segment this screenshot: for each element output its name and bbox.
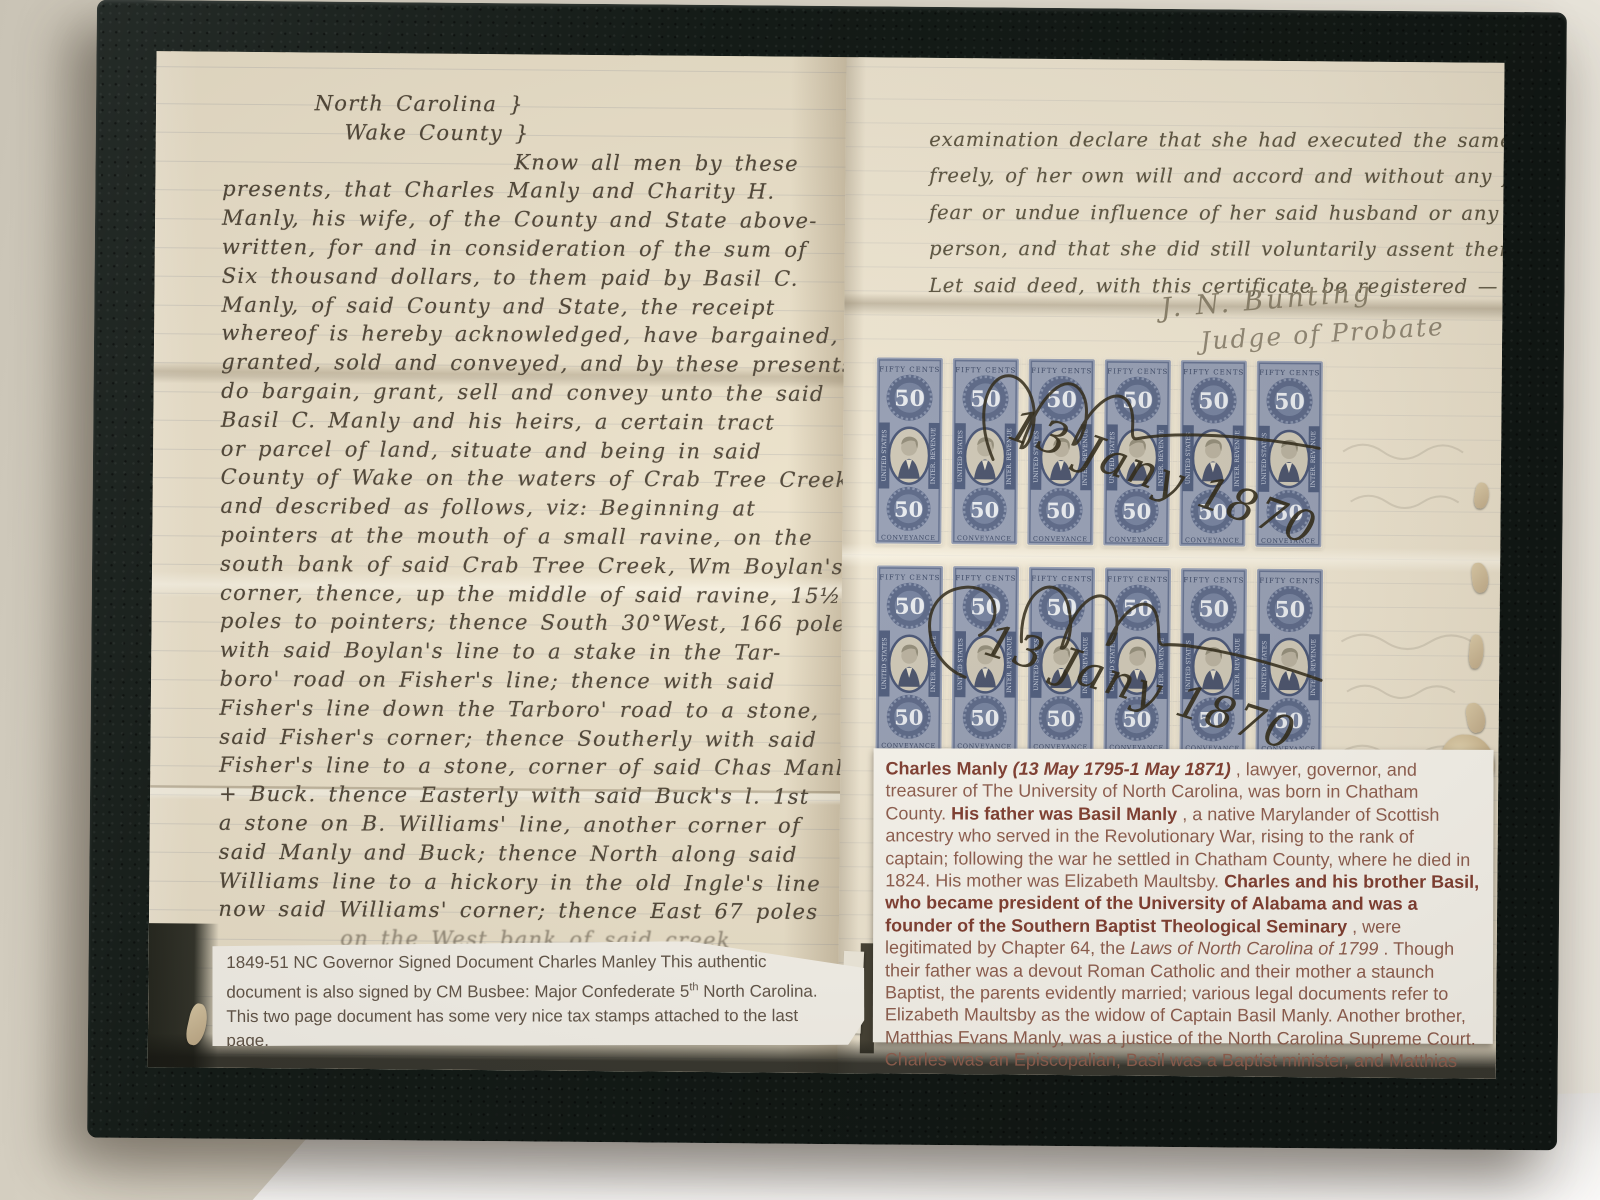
handwritten-deed-text: North Carolina } Wake County } Know all … (218, 91, 829, 958)
handwritten-line: Fisher's line to a stone, corner of said… (219, 753, 825, 785)
handwritten-line: granted, sold and conveyed, and by these… (221, 350, 827, 382)
revenue-stamp-row-1: 13 Jany 1870 FIFTY CENTS 50 UNITED STATE… (874, 356, 1324, 548)
handwritten-line: do bargain, grant, sell and convey unto … (221, 379, 827, 411)
handwritten-line: Basil C. Manly and his heirs, a certain … (221, 408, 827, 440)
dealer-description-label: 1849-51 NC Governor Signed Document Char… (212, 941, 864, 1046)
biography-text-segment: . Though their father was a devout Roman… (885, 939, 1476, 1079)
label-line: This two page document has some very nic… (226, 1004, 850, 1030)
biography-text-segment: Laws of North Carolina of 1799 (1130, 938, 1378, 959)
handwritten-line: with said Boylan's line to a stake in th… (220, 638, 826, 670)
handwritten-line: whereof is hereby acknowledged, have bar… (221, 321, 827, 353)
manuscript-cancel-row-1: 13 Jany 1870 (868, 340, 1338, 568)
label-line: 1849-51 NC Governor Signed Document Char… (226, 950, 850, 976)
handwritten-line: Manly, of said County and State, the rec… (221, 292, 827, 324)
handwritten-line: presents, that Charles Manly and Charity… (222, 177, 828, 209)
label-line: document is also signed by CM Busbee: Ma… (226, 974, 850, 1004)
handwritten-line: North Carolina } (223, 91, 829, 123)
handwritten-line: fear or undue influence of her said husb… (929, 197, 1504, 234)
manuscript-cancel-row-2: 13 Jany 1870 (868, 548, 1338, 776)
probate-certificate-text: examination declare that she had execute… (929, 124, 1505, 307)
svg-text:13 Jany 1870: 13 Jany 1870 (978, 613, 1303, 761)
handwritten-line: Manly, his wife, of the County and State… (222, 206, 828, 238)
handwritten-line: south bank of said Crab Tree Creek, Wm B… (220, 552, 826, 584)
handwritten-line: corner, thence, up the middle of said ra… (220, 580, 826, 612)
biography-text-segment: Charles Manly (886, 758, 1013, 778)
case-window: North Carolina } Wake County } Know all … (148, 51, 1505, 1079)
handwritten-line: written, for and in consideration of the… (222, 235, 828, 267)
handwritten-line: Williams line to a hickory in the old In… (218, 868, 824, 900)
black-leather-display-case: North Carolina } Wake County } Know all … (87, 0, 1567, 1150)
handwritten-line: Know all men by these (222, 148, 828, 180)
ordinal-superscript: th (689, 981, 698, 993)
deed-page-left: North Carolina } Wake County } Know all … (148, 51, 847, 1073)
biography-text-segment: (13 May 1795-1 May 1871) (1013, 759, 1231, 780)
biography-text-segment: His father was Basil Manly (951, 803, 1177, 824)
handwritten-line: freely, of her own will and accord and w… (929, 160, 1504, 197)
handwritten-line: examination declare that she had execute… (929, 124, 1504, 161)
revenue-stamp-row-2: 13 Jany 1870 FIFTY CENTS 50 UNITED STATE… (874, 564, 1324, 756)
svg-text:13 Jany 1870: 13 Jany 1870 (1002, 398, 1325, 556)
handwritten-line: boro' road on Fisher's line; thence with… (220, 667, 826, 699)
handwritten-line: said Manly and Buck; thence North along … (219, 839, 825, 871)
handwritten-line: County of Wake on the waters of Crab Tre… (221, 465, 827, 497)
handwritten-line: a stone on B. Williams' line, another co… (219, 811, 825, 843)
handwritten-line: and described as follows, viz: Beginning… (220, 494, 826, 526)
handwritten-line: person, and that she did still voluntari… (929, 233, 1504, 270)
handwritten-line: + Buck. thence Easterly with said Buck's… (219, 782, 825, 814)
handwritten-line: pointers at the mouth of a small ravine,… (220, 523, 826, 555)
photo-framed-deed-display: North Carolina } Wake County } Know all … (0, 0, 1600, 1200)
handwritten-line: poles to pointers; thence South 30°West,… (220, 609, 826, 641)
handwritten-line: Six thousand dollars, to them paid by Ba… (222, 264, 828, 296)
handwritten-line: or parcel of land, situate and being in … (221, 436, 827, 468)
handwritten-line: said Fisher's corner; thence Southerly w… (219, 724, 825, 756)
handwritten-line: now said Williams' corner; thence East 6… (218, 897, 824, 929)
handwritten-line: Wake County } (222, 120, 828, 152)
biography-label: Charles Manly (13 May 1795-1 May 1871) ,… (873, 748, 1494, 1044)
handwritten-line: Fisher's line down the Tarboro' road to … (219, 695, 825, 727)
